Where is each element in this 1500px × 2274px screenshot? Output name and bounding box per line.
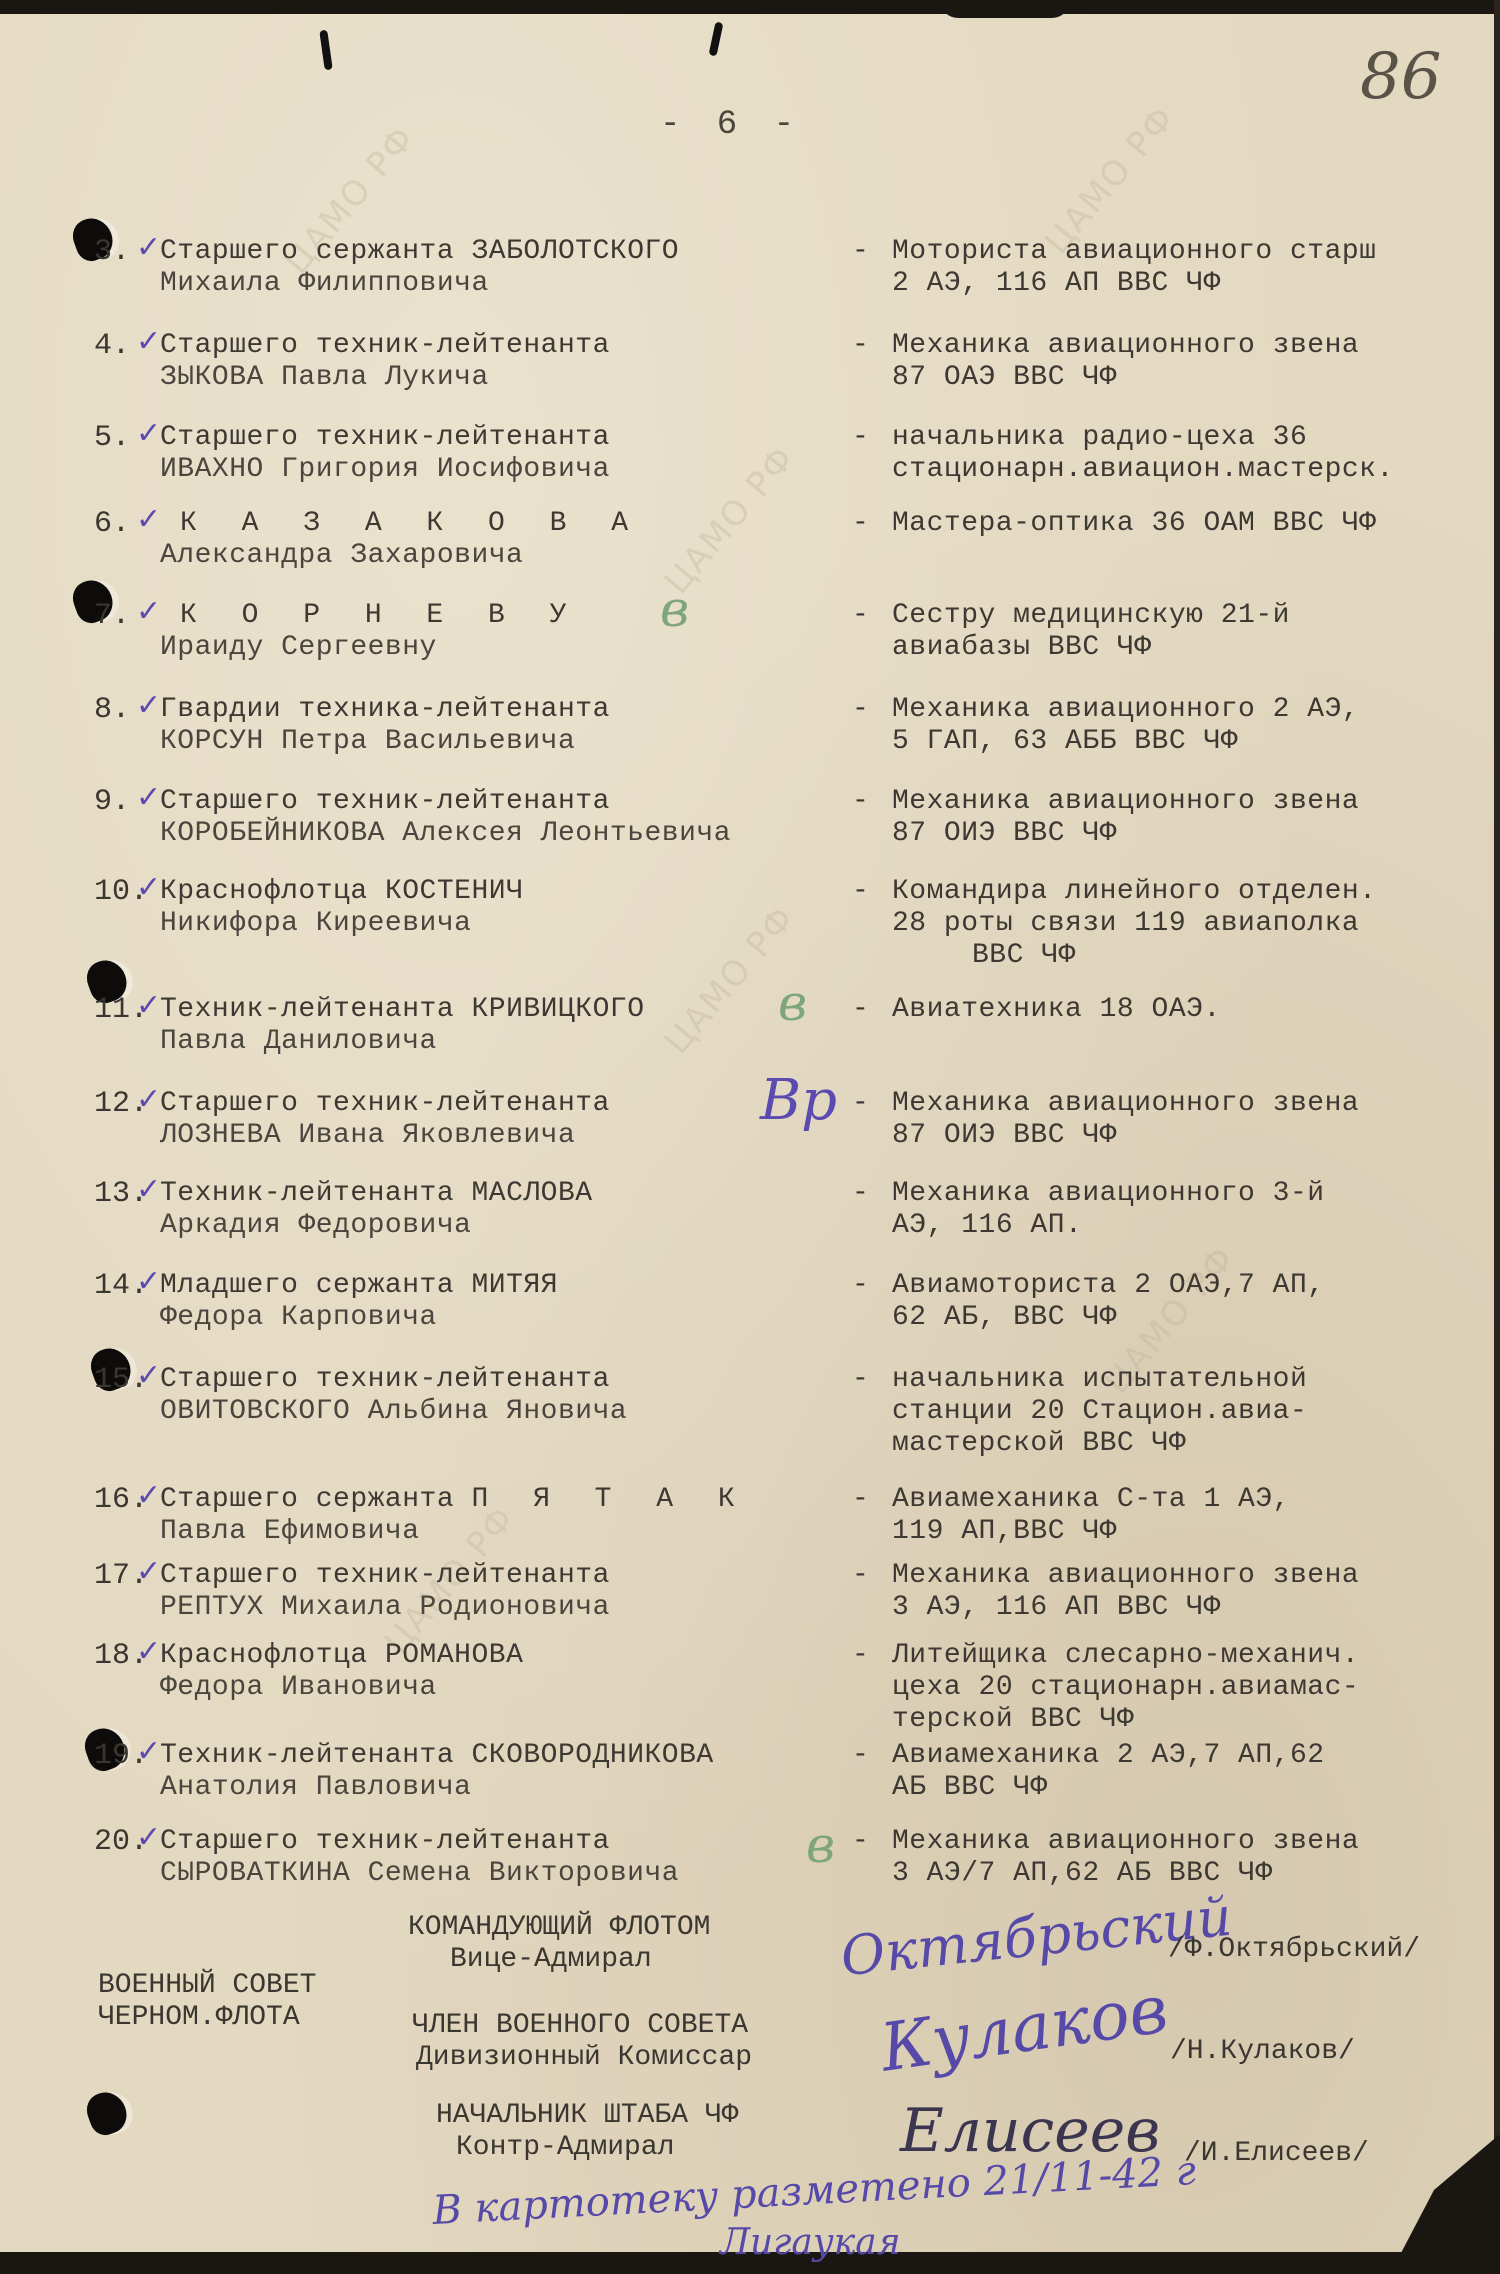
position-line: Литейщика слесарно-механич.: [892, 1640, 1359, 1672]
position-line: 28 роты связи 119 авиаполка: [892, 908, 1359, 940]
commander-title: КОМАНДУЮЩИЙ ФЛОТОМ Вице-Адмирал: [408, 1912, 710, 1976]
chief-title-line-2: Контр-Адмирал: [436, 2132, 738, 2164]
rank-text: Старшего техник-лейтенанта: [160, 330, 610, 361]
rank-text: Старшего техник-лейтенанта: [160, 1088, 610, 1119]
recipient-rank: Техник-лейтенанта МАСЛОВА: [160, 1178, 593, 1210]
recipient-rank: Старшего сержанта П Я Т А К: [160, 1484, 749, 1516]
rank-text: Старшего сержанта: [160, 236, 454, 267]
position-line: 87 ОИЭ ВВС ЧФ: [892, 1120, 1117, 1152]
surname-text: ЗАБОЛОТСКОГО: [471, 236, 679, 267]
rank-text: Техник-лейтенанта: [160, 994, 454, 1025]
check-mark-icon: ✓: [136, 688, 161, 723]
position-line: цеха 20 стационарн.авиамас-: [892, 1672, 1359, 1704]
position-line: 119 АП,ВВС ЧФ: [892, 1516, 1117, 1548]
check-mark-icon: ✓: [136, 416, 161, 451]
position-line: станции 20 Стацион.авиа-: [892, 1396, 1307, 1428]
position-line: начальника испытательной: [892, 1364, 1307, 1396]
margin-annotation: в: [806, 1816, 835, 1874]
position-line: авиабазы ВВС ЧФ: [892, 632, 1152, 664]
position-line: Авиатехника 18 ОАЭ.: [892, 994, 1221, 1026]
check-mark-icon: ✓: [136, 870, 161, 905]
recipient-name: Федора Ивановича: [160, 1672, 437, 1704]
separator-dash: -: [852, 1270, 869, 1302]
position-line: Механика авиационного звена: [892, 330, 1359, 362]
separator-dash: -: [852, 994, 869, 1026]
page-number: - 6 -: [660, 106, 802, 144]
recipient-name: Анатолия Павловича: [160, 1772, 471, 1804]
check-mark-icon: ✓: [136, 780, 161, 815]
member-signature: Кулаков: [876, 1970, 1172, 2086]
position-line: мастерской ВВС ЧФ: [892, 1428, 1186, 1460]
separator-dash: -: [852, 786, 869, 818]
separator-dash: -: [852, 1826, 869, 1858]
recipient-name: ИВАХНО Григория Иосифовича: [160, 454, 610, 486]
commander-title-line-2: Вице-Адмирал: [408, 1944, 710, 1976]
surname-text: РОМАНОВА: [385, 1640, 523, 1671]
corner-tear: [1390, 2134, 1500, 2274]
rank-text: Младшего сержанта: [160, 1270, 454, 1301]
position-line: 2 АЭ, 116 АП ВВС ЧФ: [892, 268, 1221, 300]
council-line-1: ВОЕННЫЙ СОВЕТ: [98, 1970, 316, 2002]
right-edge: [1494, 0, 1500, 2274]
position-line: Сестру медицинскую 21-й: [892, 600, 1290, 632]
recipient-name: Михаила Филипповича: [160, 268, 489, 300]
separator-dash: -: [852, 1484, 869, 1516]
check-mark-icon: ✓: [136, 988, 161, 1023]
recipient-name: РЕПТУХ Михаила Родионовича: [160, 1592, 610, 1624]
recipient-rank: Техник-лейтенанта КРИВИЦКОГО: [160, 994, 645, 1026]
recipient-name: ОВИТОВСКОГО Альбина Яновича: [160, 1396, 627, 1428]
surname-text: МАСЛОВА: [471, 1178, 592, 1209]
recipient-name: Ираиду Сергеевну: [160, 632, 437, 664]
recipient-name: Павла Даниловича: [160, 1026, 437, 1058]
recipient-name: ЗЫКОВА Павла Лукича: [160, 362, 489, 394]
surname-text: К О Р Н Е В У: [180, 600, 580, 631]
military-council-label: ВОЕННЫЙ СОВЕТ ЧЕРНОМ.ФЛОТА: [98, 1970, 316, 2034]
surname-text: КРИВИЦКОГО: [471, 994, 644, 1025]
recipient-rank: Старшего техник-лейтенанта: [160, 1088, 610, 1120]
torn-top-edge: [0, 0, 1500, 14]
separator-dash: -: [852, 1740, 869, 1772]
entry-number: 4.: [94, 330, 130, 362]
recipient-name: Аркадия Федоровича: [160, 1210, 471, 1242]
position-line: начальника радио-цеха 36: [892, 422, 1307, 454]
recipient-name: Федора Карповича: [160, 1302, 437, 1334]
member-title-line-1: ЧЛЕН ВОЕННОГО СОВЕТА: [412, 2010, 752, 2042]
chief-title-line-1: НАЧАЛЬНИК ШТАБА ЧФ: [436, 2100, 738, 2132]
paper-tear: [319, 30, 332, 71]
member-title-line-2: Дивизионный Комиссар: [412, 2042, 752, 2074]
recipient-rank: Старшего техник-лейтенанта: [160, 422, 610, 454]
handwritten-initials: Лигаукая: [720, 2222, 901, 2263]
check-mark-icon: ✓: [136, 1634, 161, 1669]
recipient-name: КОРОБЕЙНИКОВА Алексея Леонтьевича: [160, 818, 731, 850]
position-line: Авиамоториста 2 ОАЭ,7 АП,: [892, 1270, 1325, 1302]
separator-dash: -: [852, 876, 869, 908]
separator-dash: -: [852, 1640, 869, 1672]
position-line: 62 АБ, ВВС ЧФ: [892, 1302, 1117, 1334]
recipient-rank: Краснофлотца КОСТЕНИЧ: [160, 876, 523, 908]
position-line: ВВС ЧФ: [972, 940, 1076, 972]
member-name: /Н.Кулаков/: [1170, 2036, 1355, 2068]
check-mark-icon: ✓: [136, 1264, 161, 1299]
separator-dash: -: [852, 422, 869, 454]
position-line: Командира линейного отделен.: [892, 876, 1376, 908]
rank-text: Старшего техник-лейтенанта: [160, 1364, 610, 1395]
separator-dash: -: [852, 1364, 869, 1396]
margin-annotation: Вр: [760, 1068, 837, 1133]
position-line: Механика авиационного 2 АЭ,: [892, 694, 1359, 726]
rank-text: Старшего техник-лейтенанта: [160, 1826, 610, 1857]
position-line: 87 ОАЭ ВВС ЧФ: [892, 362, 1117, 394]
check-mark-icon: ✓: [136, 594, 161, 629]
surname-text: МИТЯЯ: [471, 1270, 558, 1301]
recipient-rank: Старшего техник-лейтенанта: [160, 330, 610, 362]
watermark: ЦАМО РФ: [657, 438, 804, 602]
check-mark-icon: ✓: [136, 1358, 161, 1393]
recipient-name: КОРСУН Петра Васильевича: [160, 726, 575, 758]
position-line: Механика авиационного звена: [892, 1560, 1359, 1592]
recipient-rank: Краснофлотца РОМАНОВА: [160, 1640, 523, 1672]
entry-number: 6.: [94, 508, 130, 540]
check-mark-icon: ✓: [136, 230, 161, 265]
paper-tear: [709, 22, 724, 57]
separator-dash: -: [852, 1560, 869, 1592]
separator-dash: -: [852, 1088, 869, 1120]
commander-title-line-1: КОМАНДУЮЩИЙ ФЛОТОМ: [408, 1912, 710, 1944]
rank-text: Краснофлотца: [160, 876, 368, 907]
position-line: Авиамеханика 2 АЭ,7 АП,62: [892, 1740, 1325, 1772]
position-line: Мастера-оптика 36 ОАМ ВВС ЧФ: [892, 508, 1376, 540]
recipient-rank: К О Р Н Е В У: [180, 600, 580, 632]
position-line: стационарн.авиацион.мастерск.: [892, 454, 1394, 486]
check-mark-icon: ✓: [136, 502, 161, 537]
surname-text: П Я Т А К: [471, 1484, 748, 1515]
entry-number: 9.: [94, 786, 130, 818]
position-line: 3 АЭ, 116 АП ВВС ЧФ: [892, 1592, 1221, 1624]
recipient-rank: Старшего техник-лейтенанта: [160, 1560, 610, 1592]
entry-number: 5.: [94, 422, 130, 454]
separator-dash: -: [852, 1178, 869, 1210]
rank-text: Техник-лейтенанта: [160, 1740, 454, 1771]
position-line: Авиамеханика С-та 1 АЭ,: [892, 1484, 1290, 1516]
margin-annotation: в: [778, 974, 807, 1032]
rank-text: Старшего сержанта: [160, 1484, 454, 1515]
recipient-rank: Старшего сержанта ЗАБОЛОТСКОГО: [160, 236, 679, 268]
folio-number: 86: [1360, 40, 1441, 114]
position-line: Механика авиационного звена: [892, 1826, 1359, 1858]
recipient-name: ЛОЗНЕВА Ивана Яковлевича: [160, 1120, 575, 1152]
separator-dash: -: [852, 508, 869, 540]
rank-text: Гвардии техника-лейтенанта: [160, 694, 610, 725]
check-mark-icon: ✓: [136, 1478, 161, 1513]
check-mark-icon: ✓: [136, 1172, 161, 1207]
separator-dash: -: [852, 236, 869, 268]
surname-text: КОСТЕНИЧ: [385, 876, 523, 907]
position-line: терской ВВС ЧФ: [892, 1704, 1134, 1736]
surname-text: СКОВОРОДНИКОВА: [471, 1740, 713, 1771]
entry-number: 7.: [94, 600, 130, 632]
check-mark-icon: ✓: [136, 1734, 161, 1769]
position-line: Механика авиационного 3-й: [892, 1178, 1325, 1210]
council-member-title: ЧЛЕН ВОЕННОГО СОВЕТА Дивизионный Комисса…: [412, 2010, 752, 2074]
entry-number: 3.: [94, 236, 130, 268]
position-line: АБ ВВС ЧФ: [892, 1772, 1048, 1804]
council-line-2: ЧЕРНОМ.ФЛОТА: [98, 2002, 316, 2034]
check-mark-icon: ✓: [136, 1554, 161, 1589]
separator-dash: -: [852, 330, 869, 362]
rank-text: Старшего техник-лейтенанта: [160, 422, 610, 453]
recipient-name: Александра Захаровича: [160, 540, 523, 572]
chief-of-staff-name: /И.Елисеев/: [1184, 2138, 1369, 2170]
recipient-rank: Младшего сержанта МИТЯЯ: [160, 1270, 558, 1302]
rank-text: Старшего техник-лейтенанта: [160, 1560, 610, 1591]
check-mark-icon: ✓: [136, 1820, 161, 1855]
separator-dash: -: [852, 600, 869, 632]
position-line: Механика авиационного звена: [892, 786, 1359, 818]
chief-of-staff-title: НАЧАЛЬНИК ШТАБА ЧФ Контр-Адмирал: [436, 2100, 738, 2164]
recipient-rank: К А З А К О В А: [180, 508, 642, 540]
position-line: Моториста авиационного старш: [892, 236, 1376, 268]
rank-text: Старшего техник-лейтенанта: [160, 786, 610, 817]
recipient-rank: Старшего техник-лейтенанта: [160, 1364, 610, 1396]
entry-number: 8.: [94, 694, 130, 726]
recipient-rank: Техник-лейтенанта СКОВОРОДНИКОВА: [160, 1740, 714, 1772]
surname-text: К А З А К О В А: [180, 508, 642, 539]
check-mark-icon: ✓: [136, 324, 161, 359]
commander-name: /Ф.Октябрьский/: [1168, 1934, 1420, 1966]
rank-text: Краснофлотца: [160, 1640, 368, 1671]
position-line: АЭ, 116 АП.: [892, 1210, 1082, 1242]
rank-text: Техник-лейтенанта: [160, 1178, 454, 1209]
margin-annotation: в: [660, 580, 689, 638]
position-line: 5 ГАП, 63 АББ ВВС ЧФ: [892, 726, 1238, 758]
recipient-name: Никифора Киреевича: [160, 908, 471, 940]
recipient-rank: Гвардии техника-лейтенанта: [160, 694, 610, 726]
punch-hole: [82, 2087, 132, 2139]
recipient-rank: Старшего техник-лейтенанта: [160, 786, 610, 818]
position-line: 87 ОИЭ ВВС ЧФ: [892, 818, 1117, 850]
recipient-name: СЫРОВАТКИНА Семена Викторовича: [160, 1858, 679, 1890]
recipient-rank: Старшего техник-лейтенанта: [160, 1826, 610, 1858]
document-page: ЦАМО РФ ЦАМО РФ ЦАМО РФ ЦАМО РФ ЦАМО РФ …: [0, 0, 1500, 2274]
separator-dash: -: [852, 694, 869, 726]
check-mark-icon: ✓: [136, 1082, 161, 1117]
recipient-name: Павла Ефимовича: [160, 1516, 420, 1548]
position-line: Механика авиационного звена: [892, 1088, 1359, 1120]
